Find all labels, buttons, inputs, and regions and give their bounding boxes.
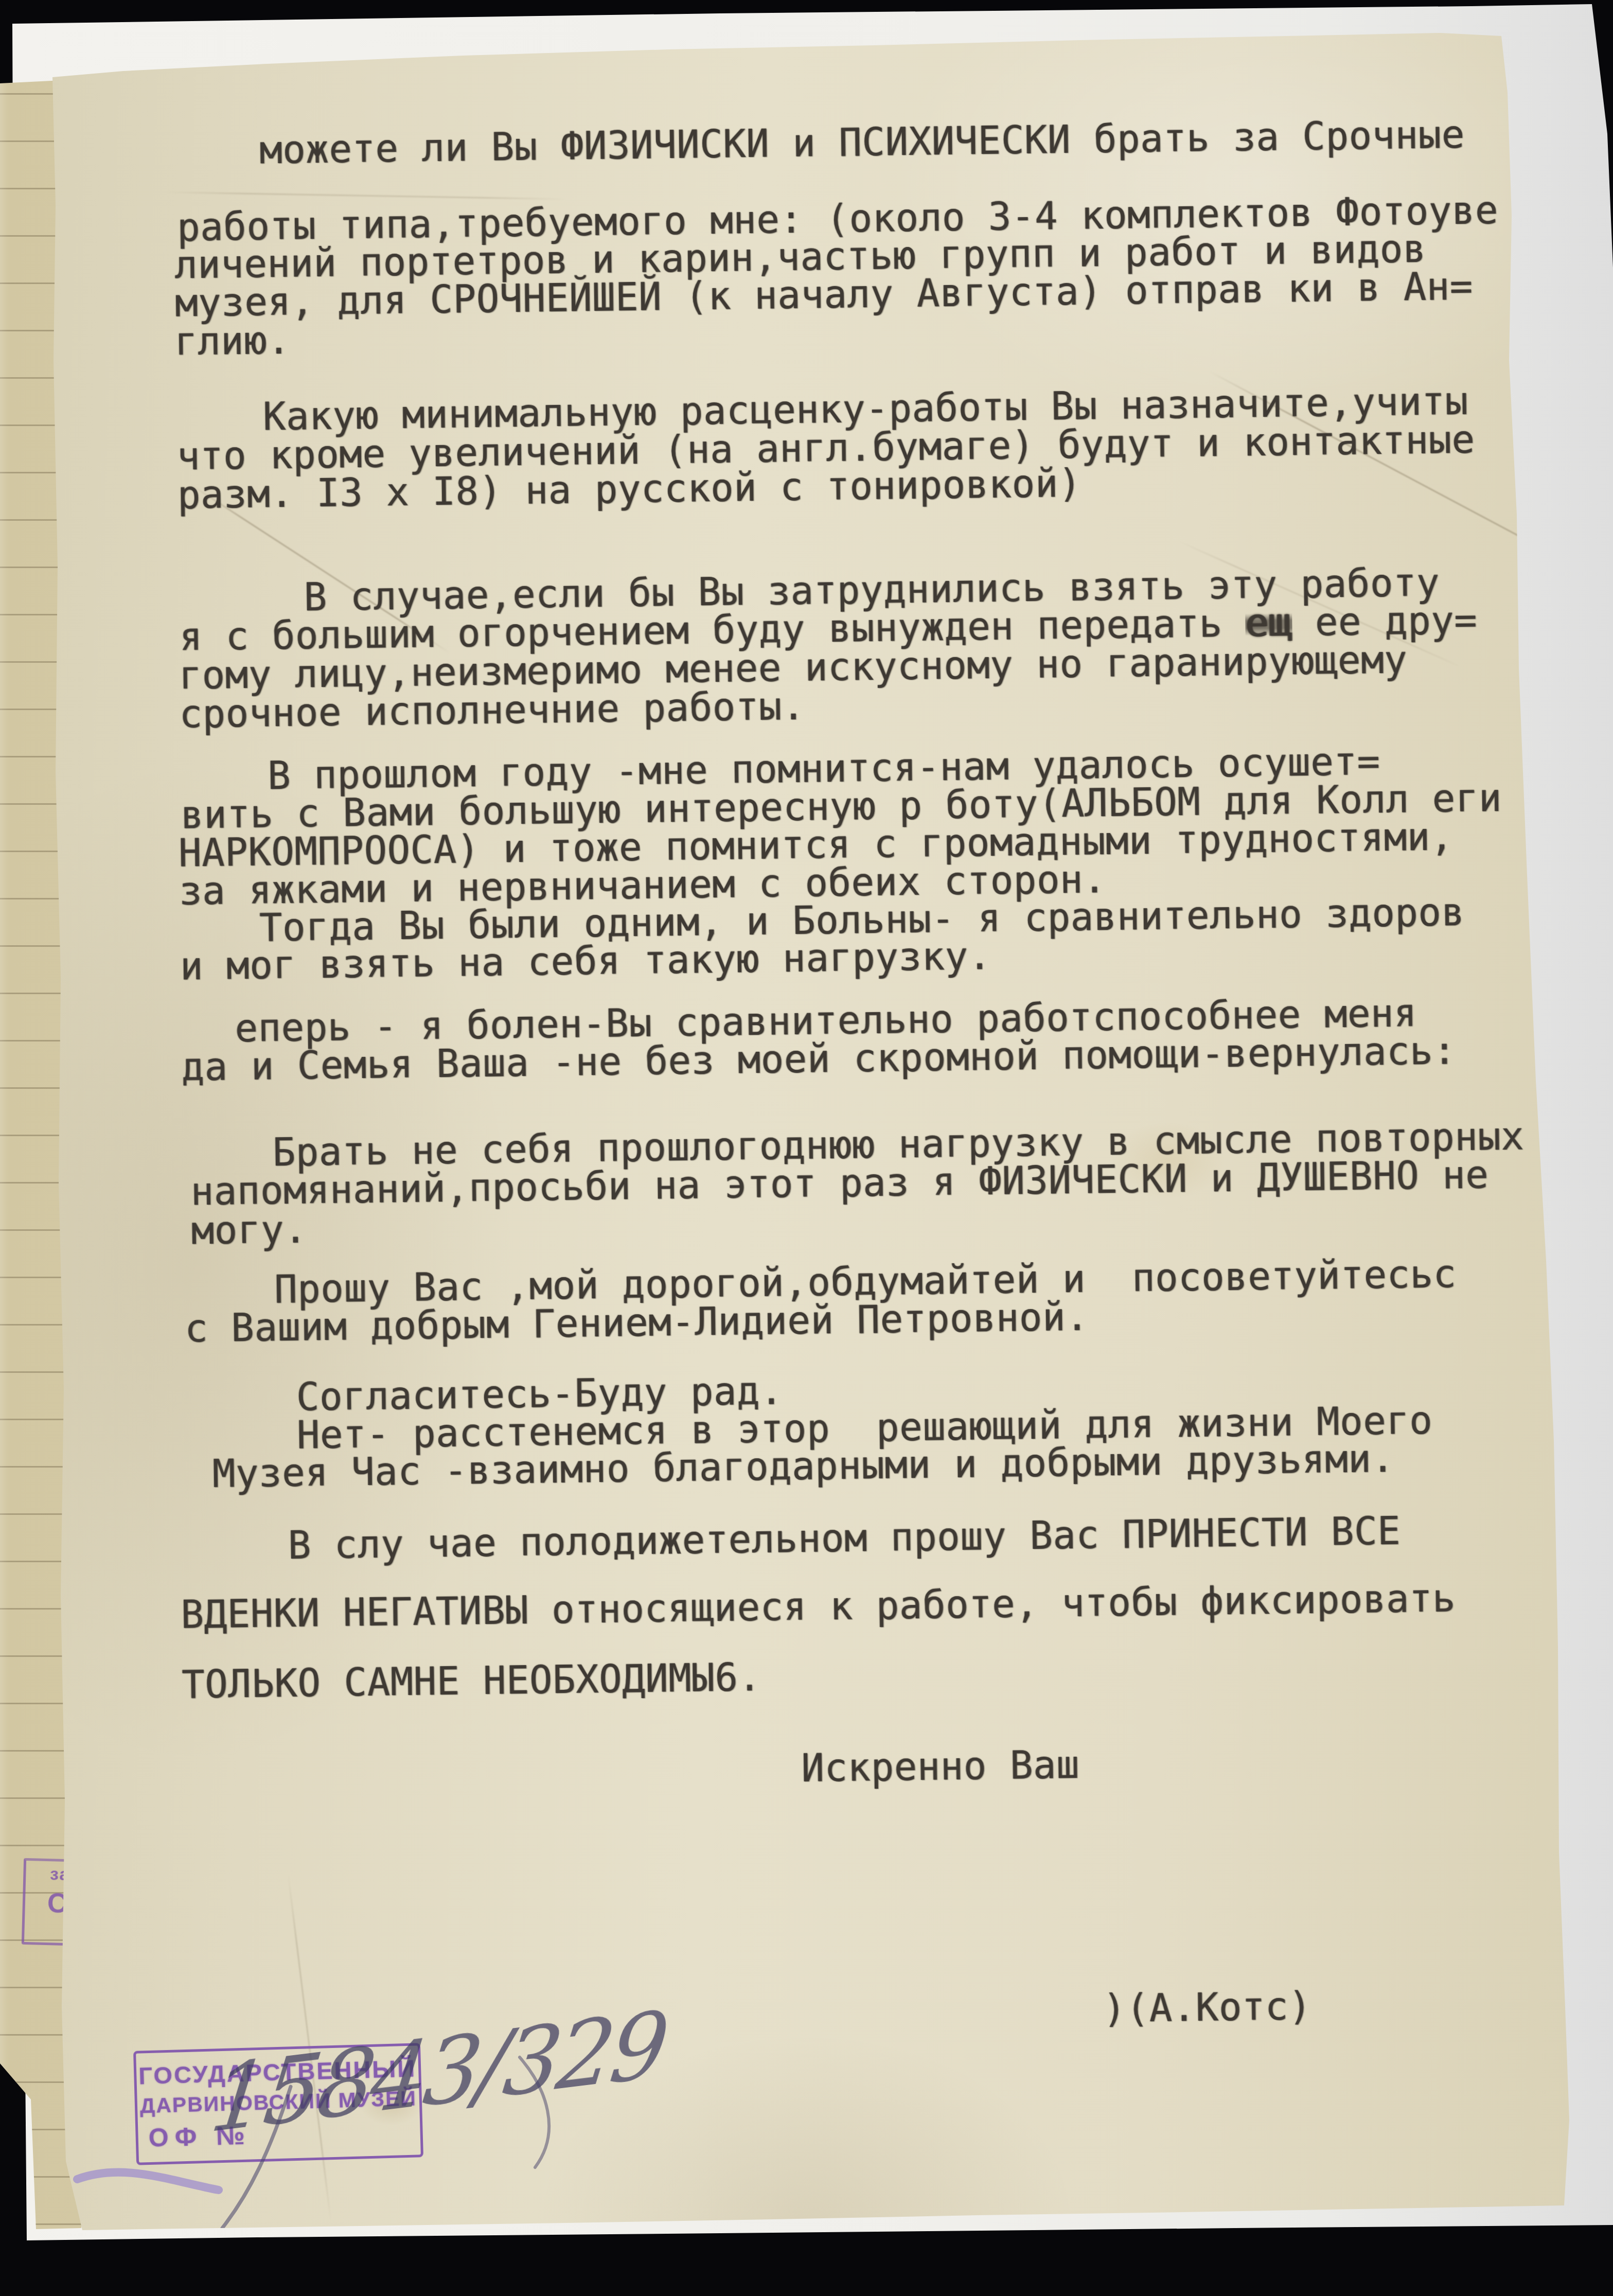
overstruck-word: ещ bbox=[1245, 601, 1292, 645]
letter-line: глию. bbox=[174, 319, 291, 364]
letter-line: ТОЛЬКО САМНЕ НЕОБХОДИМЫ6. bbox=[182, 1655, 761, 1707]
letter-line: ВДЕНКИ НЕГАТИВЫ относящиеся к работе, чт… bbox=[181, 1576, 1456, 1637]
scan-background: за С Искренно Ваш )(А.Котс) можете ли Вы… bbox=[0, 0, 1613, 2296]
closing-line: Искренно Ваш bbox=[801, 1743, 1080, 1791]
letter-body: Искренно Ваш )(А.Котс) можете ли Вы ФИЗИ… bbox=[0, 0, 1613, 2296]
letter-line: срочное исполнечние работы. bbox=[179, 684, 805, 737]
letter-page: Искренно Ваш )(А.Котс) можете ли Вы ФИЗИ… bbox=[0, 0, 1613, 2296]
letter-line: можете ли Вы ФИЗИЧИСКИ и ПСИХИЧЕСКИ брат… bbox=[259, 113, 1465, 173]
letter-line: В слу чае полодижетельном прошу Вас ПРИН… bbox=[288, 1509, 1401, 1568]
letter-line: могу. bbox=[191, 1207, 307, 1253]
signature-line: )(А.Котс) bbox=[1103, 1984, 1312, 2031]
